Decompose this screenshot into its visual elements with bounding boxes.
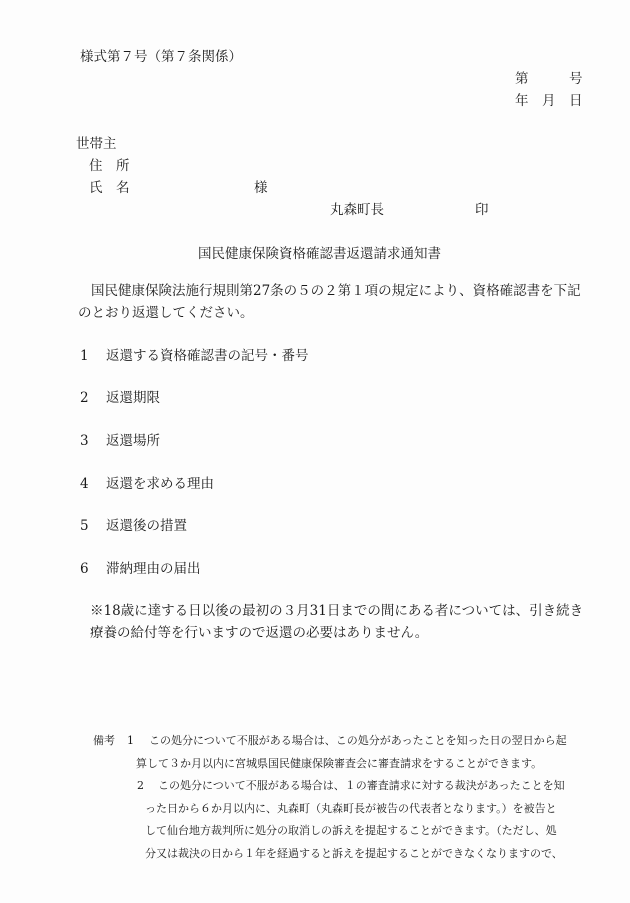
name-label: 氏 名 (89, 180, 130, 196)
date-month: 月 (542, 93, 556, 109)
note-line-2: 療養の給付等を行いますので返還の必要はありません。 (90, 625, 428, 641)
remark-1-num: 1 (127, 734, 134, 748)
issuer-seal: 印 (475, 202, 489, 218)
list-item-label: 返還場所 (106, 433, 160, 449)
remark-2-line-2: った日から６か月以内に、丸森町（丸森町長が被告の代表者となります。）を被告と (145, 802, 557, 816)
remark-2-line-4: 分又は裁決の日から１年を経過すると訴えを提起することができなくなりますので、 (145, 847, 563, 861)
list-item-label: 返還期限 (106, 390, 160, 406)
address-label: 住 所 (89, 158, 130, 174)
list-item-num: 1 (80, 348, 89, 364)
list-item-num: 6 (80, 561, 89, 577)
list-item-num: 2 (80, 390, 89, 406)
remark-1-line-1: この処分について不服がある場合は、この処分があったことを知った日の翌日から起 (149, 734, 567, 748)
intro-line-1: 国民健康保険法施行規則第27条の５の２第１項の規定により、資格確認書を下記 (91, 283, 581, 299)
list-item-num: 4 (80, 476, 89, 492)
form-label: 様式第７号（第７条関係） (80, 49, 242, 65)
honorific: 様 (254, 180, 268, 196)
list-item-num: 3 (80, 433, 89, 449)
recipient-heading: 世帯主 (76, 136, 117, 152)
remark-1-line-2: 算して３か月以内に宮城県国民健康保険審査会に審査請求をすることができます。 (136, 757, 542, 771)
list-item-label: 返還を求める理由 (106, 476, 214, 492)
list-item-num: 5 (80, 518, 89, 534)
intro-line-2: のとおり返還してください。 (78, 305, 254, 321)
remark-2-num: 2 (137, 779, 144, 793)
date-day: 日 (569, 93, 583, 109)
list-item-label: 返還後の措置 (106, 518, 187, 534)
remarks-label: 備考 (93, 734, 115, 748)
remark-2-line-3: して仙台地方裁判所に処分の取消しの訴えを提起することができます。（ただし、処 (145, 824, 557, 838)
note-line-1: ※18歳に達する日以後の最初の３月31日までの間にある者については、引き続き (90, 603, 583, 619)
issuer-name: 丸森町長 (330, 202, 384, 218)
remark-2-line-1: この処分について不服がある場合は、１の審査請求に対する裁決があったことを知 (158, 779, 565, 793)
doc-number-go: 号 (569, 71, 583, 87)
document-title: 国民健康保険資格確認書返還請求通知書 (198, 246, 441, 262)
list-item-label: 返還する資格確認書の記号・番号 (106, 348, 309, 364)
date-year: 年 (515, 93, 529, 109)
doc-number-dai: 第 (515, 71, 529, 87)
list-item-label: 滞納理由の届出 (106, 561, 201, 577)
